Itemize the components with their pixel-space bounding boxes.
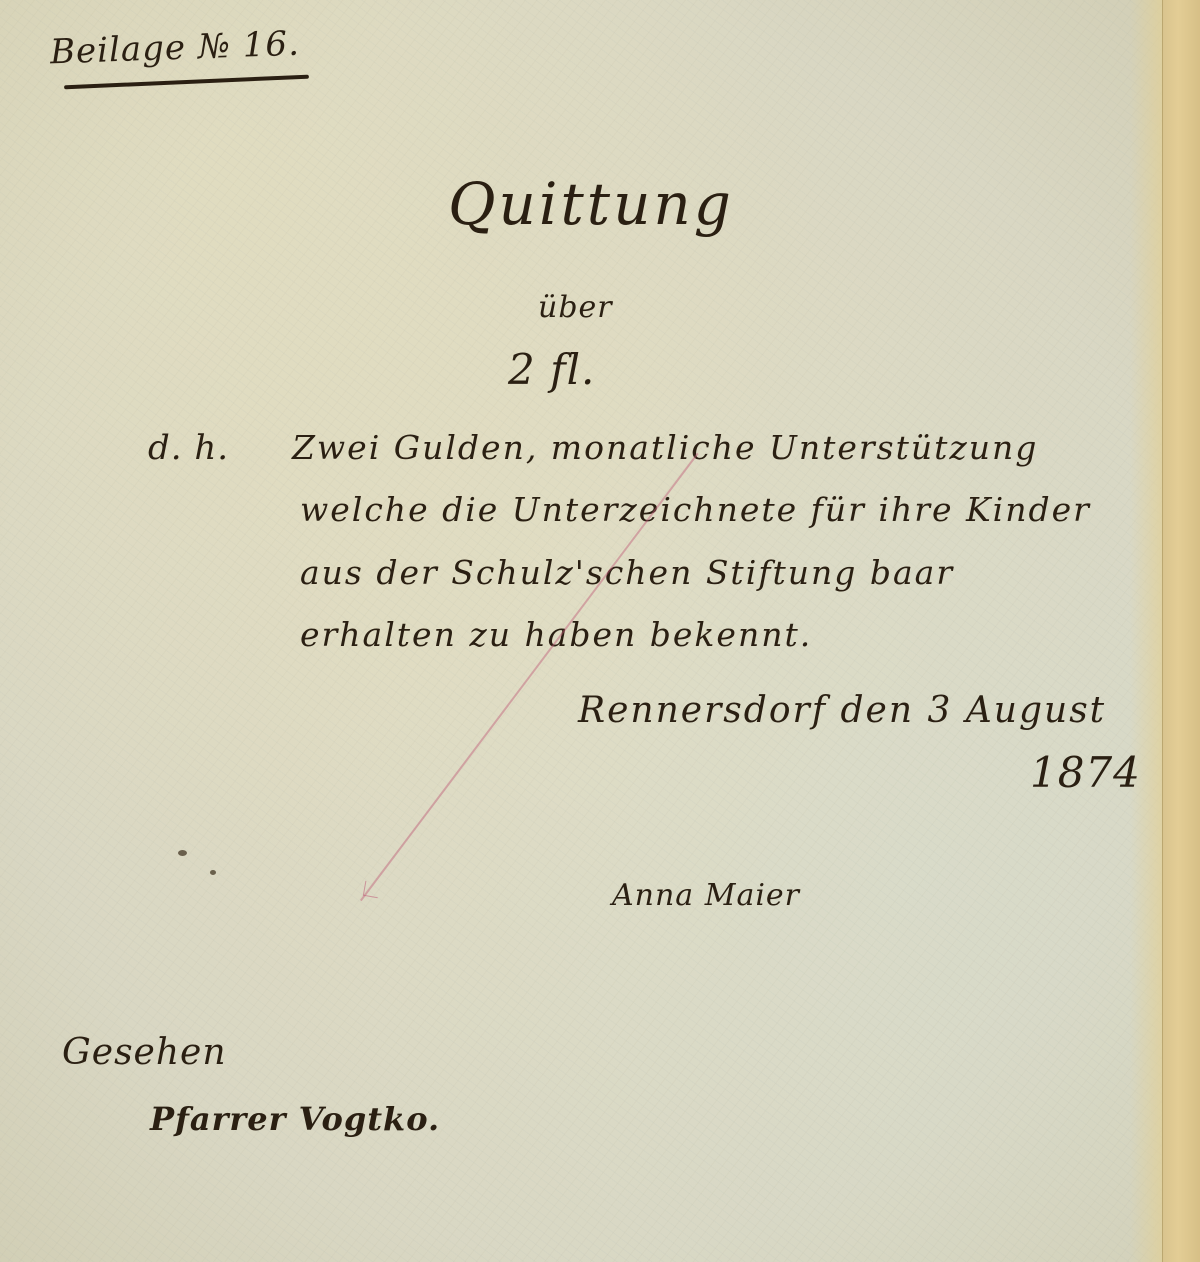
body-line: erhalten zu haben bekennt.: [300, 615, 812, 654]
document-title: Quittung: [448, 170, 734, 238]
endorsement-signature: Pfarrer Vogtko.: [150, 1100, 440, 1138]
body-line: aus der Schulz'schen Stiftung baar: [300, 553, 954, 592]
amount-text: 2 fl.: [508, 345, 595, 394]
pencil-arrow-icon: [363, 881, 380, 898]
body-line: welche die Unterzeichnete für ihre Kinde…: [300, 490, 1091, 529]
body-line: Zwei Gulden, monatliche Unterstützung: [292, 428, 1038, 467]
ink-spot: [210, 870, 216, 875]
ink-spot: [178, 850, 187, 856]
preposition-text: über: [538, 290, 613, 325]
paper-edge-shading: [1130, 0, 1162, 1262]
endorsement-label: Gesehen: [62, 1032, 227, 1073]
year-text: 1874: [1030, 748, 1141, 797]
recipient-signature: Anna Maier: [612, 878, 800, 913]
abbreviation-text: d. h.: [148, 428, 229, 468]
place-date: Rennersdorf den 3 August: [578, 690, 1106, 731]
adjacent-page-edge: [1162, 0, 1200, 1262]
